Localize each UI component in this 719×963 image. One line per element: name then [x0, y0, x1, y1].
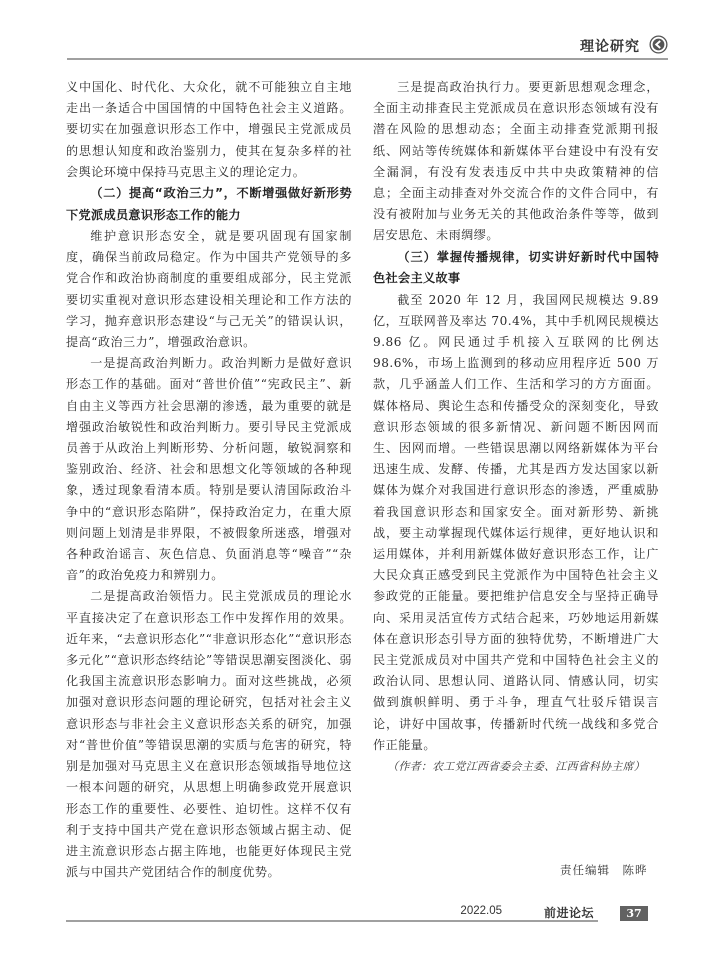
paragraph: 一是提高政治判断力。政治判断力是做好意识形态工作的基础。面对“普世价值”“宪政民…	[66, 353, 352, 586]
section-heading: （二）提高“政治三力”，不断增强做好新形势下党派成员意识形态工作的能力	[66, 183, 352, 226]
right-column: 三是提高政治执行力。要更新思想观念理念，全面主动排查民主党派成员在意识形态领域有…	[373, 77, 659, 777]
editor-credit: 责任编辑 陈晔	[560, 862, 648, 878]
page-number-badge: 37	[620, 906, 648, 921]
paragraph: 二是提高政治领悟力。民主党派成员的理论水平直接决定了在意识形态工作中发挥作用的效…	[66, 586, 352, 883]
magazine-name: 前进论坛	[544, 904, 594, 921]
circled-left-arrow-icon	[649, 35, 668, 54]
paragraph: 维护意识形态安全，就是要巩固现有国家制度，确保当前政局稳定。作为中国共产党领导的…	[66, 226, 352, 353]
paragraph: 截至 2020 年 12 月，我国网民规模达 9.89 亿，互联网普及率达 70…	[373, 290, 659, 756]
issue-date: 2022.05	[460, 905, 502, 917]
left-column: 义中国化、时代化、大众化，就不可能独立自主地走出一条适合中国国情的中国特色社会主…	[66, 77, 352, 883]
paragraph: 义中国化、时代化、大众化，就不可能独立自主地走出一条适合中国国情的中国特色社会主…	[66, 77, 352, 183]
running-footer: 2022.05 前进论坛	[66, 904, 598, 922]
author-byline: （作者：农工党江西省委会主委、江西省科协主席）	[373, 756, 659, 777]
section-title: 理论研究	[580, 36, 640, 56]
running-header: 理论研究	[67, 36, 668, 60]
section-heading: （三）掌握传播规律，切实讲好新时代中国特色社会主义故事	[373, 247, 659, 290]
paragraph: 三是提高政治执行力。要更新思想观念理念，全面主动排查民主党派成员在意识形态领域有…	[373, 77, 659, 247]
